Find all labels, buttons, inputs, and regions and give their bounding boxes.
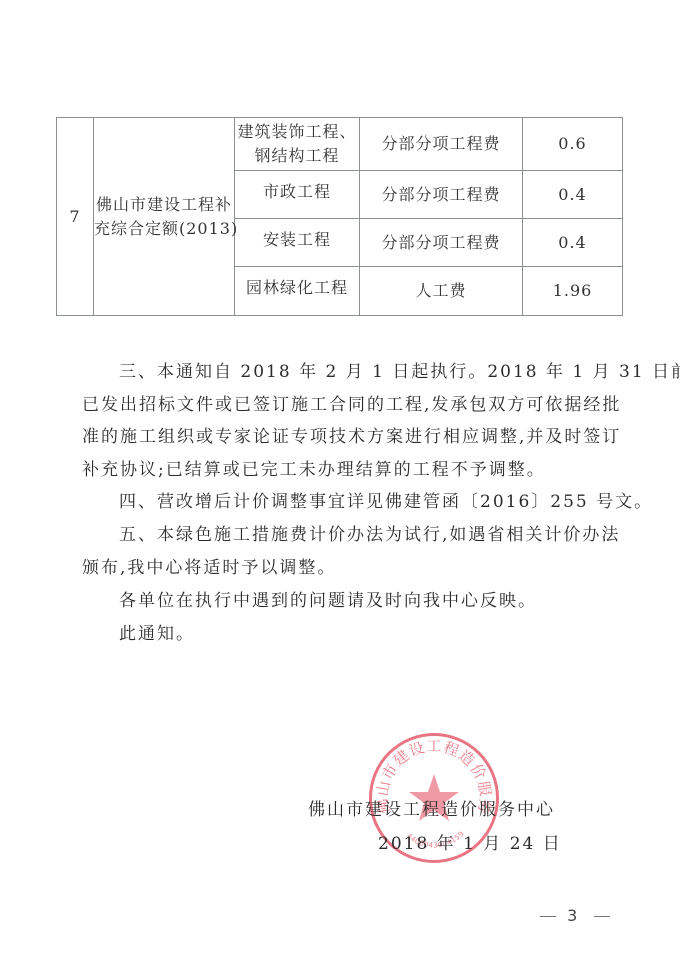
issuing-organization: 佛山市建设工程造价服务中心	[308, 795, 555, 820]
dash-decoration	[594, 916, 610, 917]
page-number-value: 3	[567, 906, 583, 925]
rate-cell: 0.4	[523, 171, 623, 219]
table-row: 7 佛山市建设工程补 充综合定额(2013) 建筑装饰工程、 钢结构工程 分部分…	[57, 118, 623, 171]
fee-base-cell: 分部分项工程费	[360, 118, 523, 171]
fee-base-cell: 分部分项工程费	[360, 171, 523, 219]
project-type-line: 建筑装饰工程、	[235, 120, 359, 144]
paragraph-line: 此通知。	[82, 618, 627, 651]
paragraph-line: 颁布,我中心将适时予以调整。	[82, 552, 627, 585]
page-number: 3	[540, 906, 610, 925]
fee-base-cell: 人工费	[360, 267, 523, 316]
paragraph-line: 已发出招标文件或已签订施工合同的工程,发承包双方可依据经批	[82, 389, 627, 422]
quota-table: 7 佛山市建设工程补 充综合定额(2013) 建筑装饰工程、 钢结构工程 分部分…	[56, 117, 623, 316]
dash-decoration	[540, 916, 556, 917]
paragraph-line: 四、营改增后计价调整事宜详见佛建管函〔2016〕255 号文。	[82, 486, 627, 519]
paragraph-item-4: 四、营改增后计价调整事宜详见佛建管函〔2016〕255 号文。	[82, 486, 627, 519]
paragraph-feedback: 各单位在执行中遇到的问题请及时向我中心反映。	[82, 585, 627, 618]
paragraph-line: 各单位在执行中遇到的问题请及时向我中心反映。	[82, 585, 627, 618]
paragraph-line: 补充协议;已结算或已完工未办理结算的工程不予调整。	[82, 454, 627, 487]
quota-name-cell: 佛山市建设工程补 充综合定额(2013)	[94, 118, 235, 316]
fee-base-cell: 分部分项工程费	[360, 219, 523, 267]
project-type-cell: 园林绿化工程	[235, 267, 360, 316]
project-type-cell: 市政工程	[235, 171, 360, 219]
paragraph-line: 准的施工组织或专家论证专项技术方案进行相应调整,并及时签订	[82, 421, 627, 454]
paragraph-item-3: 三、本通知自 2018 年 2 月 1 日起执行。2018 年 1 月 31 日…	[82, 356, 627, 486]
paragraph-line: 三、本通知自 2018 年 2 月 1 日起执行。2018 年 1 月 31 日…	[82, 356, 627, 389]
rate-cell: 0.6	[523, 118, 623, 171]
quota-name-line: 佛山市建设工程补	[94, 193, 234, 217]
rate-cell: 1.96	[523, 267, 623, 316]
project-type-line: 钢结构工程	[235, 144, 359, 168]
paragraph-item-5: 五、本绿色施工措施费计价办法为试行,如遇省相关计价办法 颁布,我中心将适时予以调…	[82, 519, 627, 584]
project-type-cell: 安装工程	[235, 219, 360, 267]
issue-date: 2018 年 1 月 24 日	[378, 829, 562, 854]
quota-name-line: 充综合定额(2013)	[94, 217, 234, 241]
paragraph-closing: 此通知。	[82, 618, 627, 651]
document-page: 7 佛山市建设工程补 充综合定额(2013) 建筑装饰工程、 钢结构工程 分部分…	[0, 0, 680, 969]
paragraph-line: 五、本绿色施工措施费计价办法为试行,如遇省相关计价办法	[82, 519, 627, 552]
rate-cell: 0.4	[523, 219, 623, 267]
row-number-cell: 7	[57, 118, 94, 316]
project-type-cell: 建筑装饰工程、 钢结构工程	[235, 118, 360, 171]
